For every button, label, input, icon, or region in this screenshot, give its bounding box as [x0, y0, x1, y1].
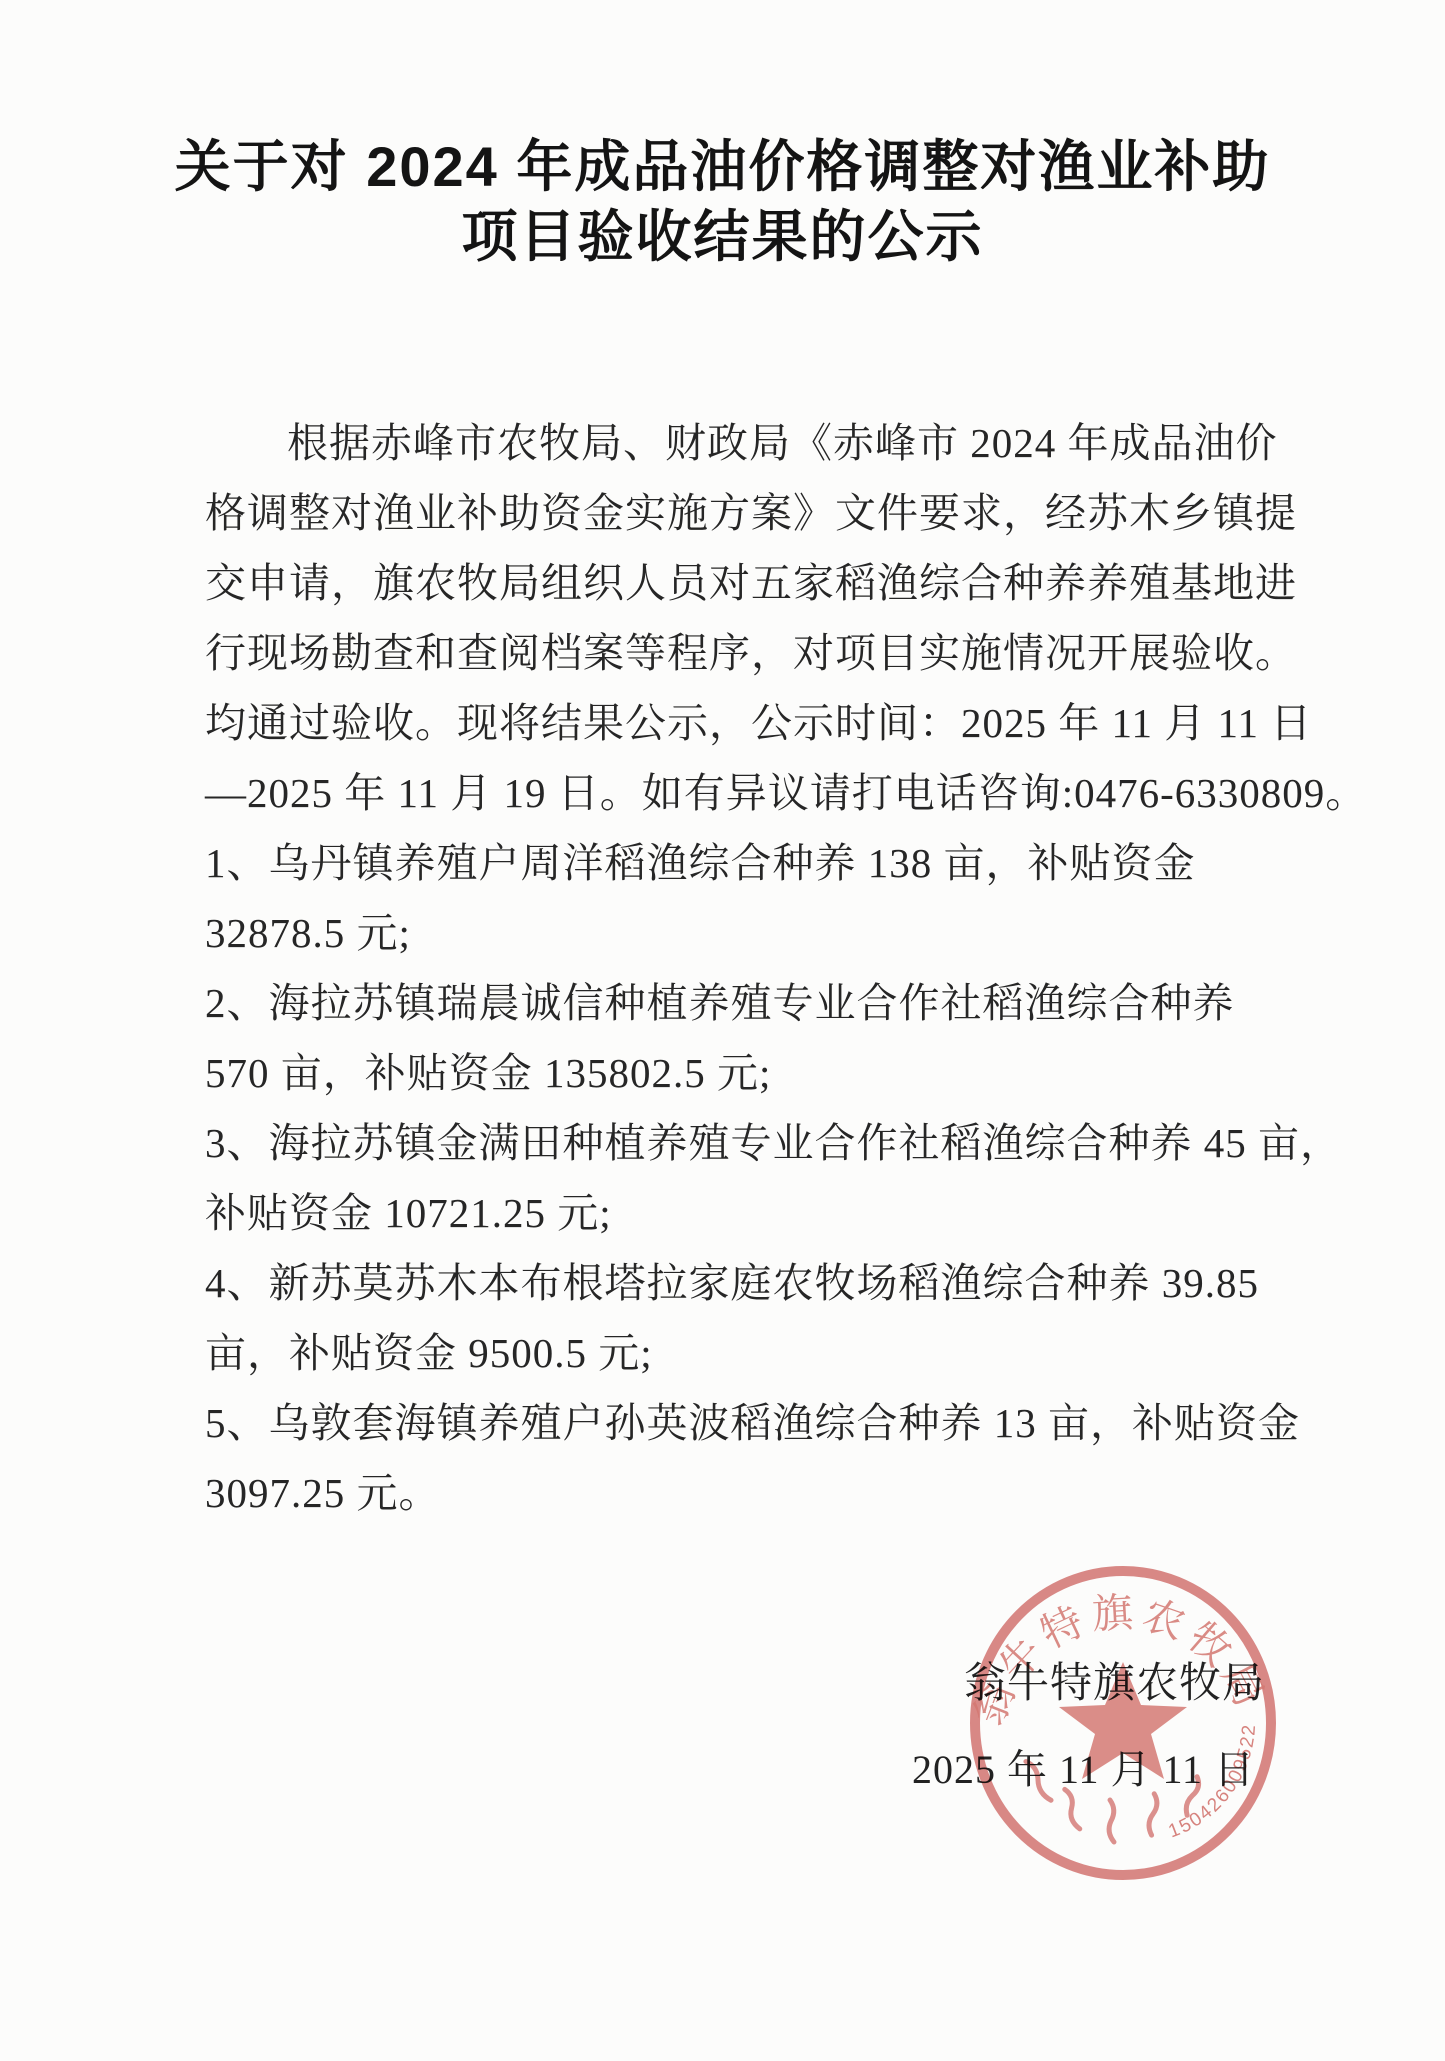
body-line: 570 亩，补贴资金 135802.5 元; [205, 1038, 1305, 1108]
body-line: 2、海拉苏镇瑞晨诚信种植养殖专业合作社稻渔综合种养 [205, 968, 1305, 1038]
body-line: 3097.25 元。 [205, 1458, 1305, 1528]
title-line-2: 项目验收结果的公示 [0, 202, 1445, 272]
body-line: 根据赤峰市农牧局、财政局《赤峰市 2024 年成品油价 [205, 408, 1305, 478]
seal-star-icon [1059, 1662, 1187, 1779]
body-line: 4、新苏莫苏木本布根塔拉家庭农牧场稻渔综合种养 39.85 [205, 1248, 1305, 1318]
document-page: 关于对 2024 年成品油价格调整对渔业补助 项目验收结果的公示 根据赤峰市农牧… [0, 0, 1445, 2061]
body-line: 3、海拉苏镇金满田种植养殖专业合作社稻渔综合种养 45 亩， [205, 1108, 1305, 1178]
body-line: 格调整对渔业补助资金实施方案》文件要求，经苏木乡镇提 [205, 478, 1305, 548]
title-line-1: 关于对 2024 年成品油价格调整对渔业补助 [0, 132, 1445, 202]
body-line: —2025 年 11 月 19 日。如有异议请打电话咨询:0476-633080… [205, 758, 1305, 828]
body-line: 交申请，旗农牧局组织人员对五家稻渔综合种养养殖基地进 [205, 548, 1305, 618]
seal-code: 150426009522 [1166, 1722, 1260, 1842]
body-line: 行现场勘查和查阅档案等程序，对项目实施情况开展验收。 [205, 618, 1305, 688]
page-title: 关于对 2024 年成品油价格调整对渔业补助 项目验收结果的公示 [0, 132, 1445, 272]
body-line: 均通过验收。现将结果公示，公示时间：2025 年 11 月 11 日 [205, 688, 1305, 758]
body-line: 5、乌敦套海镇养殖户孙英波稻渔综合种养 13 亩，补贴资金 [205, 1388, 1305, 1458]
body-text: 根据赤峰市农牧局、财政局《赤峰市 2024 年成品油价 格调整对渔业补助资金实施… [205, 408, 1305, 1528]
body-line: 32878.5 元; [205, 898, 1305, 968]
official-seal: 翁牛特旗农牧局 150426009522 [958, 1562, 1288, 1888]
body-line: 亩，补贴资金 9500.5 元; [205, 1318, 1305, 1388]
body-line: 1、乌丹镇养殖户周洋稻渔综合种养 138 亩，补贴资金 [205, 828, 1305, 898]
svg-text:150426009522: 150426009522 [1166, 1722, 1260, 1842]
body-line: 补贴资金 10721.25 元; [205, 1178, 1305, 1248]
